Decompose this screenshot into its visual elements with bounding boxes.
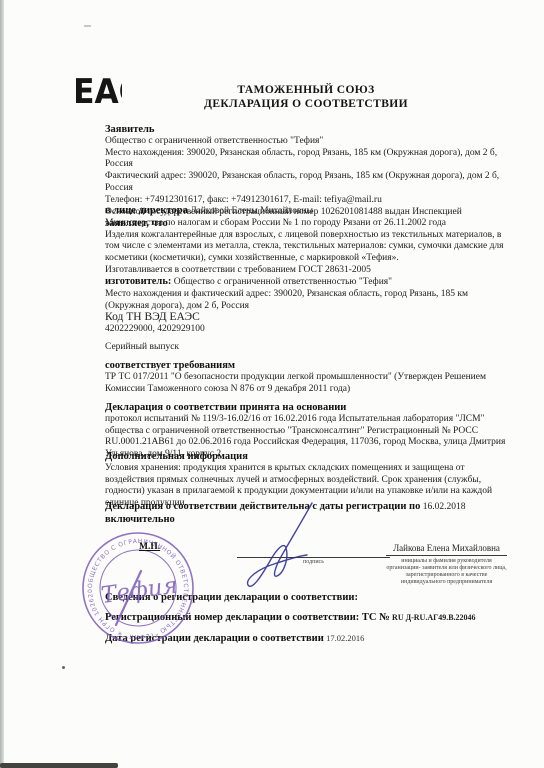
tnved-heading: Код ТН ВЭД ЕАЭС: [105, 312, 507, 324]
issue-type-text: Серийный выпуск: [105, 342, 507, 354]
title-line-2: ДЕКЛАРАЦИЯ О СООТВЕТСТВИИ: [105, 98, 507, 112]
applicant-actual-address: Фактический адрес: 390020, Рязанская обл…: [105, 171, 507, 195]
tnved-codes: 4202229000, 4202929100: [105, 324, 507, 336]
scan-speck: [62, 666, 65, 669]
stamp-center-text: Тефия: [99, 573, 179, 609]
declares-heading: заявляет, что: [105, 218, 507, 230]
scan-left-edge: [0, 0, 4, 768]
manufacturer-label: изготовитель:: [105, 276, 171, 287]
product-description: Изделия кожгалантерейные для взрослых, с…: [105, 230, 507, 265]
manufacturer-address: Место нахождения и фактический адрес: 39…: [105, 289, 507, 313]
section-requirements: соответствует требованиям ТР ТС 017/2011…: [105, 360, 507, 395]
signature: [228, 497, 398, 604]
registration-number-value: RU Д-RU.АГ49.В.22046: [392, 613, 475, 622]
stamp-icon: ОБЩЕСТВО С ОГРАНИЧЕННОЙ ОТВЕТСТВЕННОСТЬЮ…: [79, 529, 197, 647]
gost-line: Изготавливается в соответствии с требова…: [105, 265, 507, 277]
section-tnved: Код ТН ВЭД ЕАЭС 4202229000, 4202929100: [105, 312, 507, 336]
director-label: в лице директора: [105, 205, 188, 216]
basis-heading: Декларация о соответствии принята на осн…: [105, 402, 507, 414]
company-stamp: ОБЩЕСТВО С ОГРАНИЧЕННОЙ ОТВЕТСТВЕННОСТЬЮ…: [79, 529, 197, 652]
signature-icon: [228, 497, 398, 599]
declaration-document: EAC ТАМОЖЕННЫЙ СОЮЗ ДЕКЛАРАЦИЯ О СООТВЕТ…: [0, 0, 544, 768]
section-declares: в лице директора Лайковой Елены Михайлов…: [105, 205, 507, 277]
scan-speck: [84, 25, 91, 27]
stamp-place-label: М.П.: [139, 542, 160, 552]
applicant-name: Общество с ограниченной ответственностью…: [105, 136, 507, 148]
section-manufacturer: изготовитель: Общество с ограниченной от…: [105, 276, 507, 312]
manufacturer-name: Общество с ограниченной ответственностью…: [174, 277, 392, 287]
head-name-caption: инициалы и фамилия руководителя организа…: [386, 558, 507, 586]
document-title: ТАМОЖЕННЫЙ СОЮЗ ДЕКЛАРАЦИЯ О СООТВЕТСТВИ…: [105, 84, 507, 111]
validity-date: 16.02.2018: [423, 502, 466, 512]
requirements-text: ТР ТС 017/2011 "О безопасности продукции…: [105, 372, 507, 396]
scan-bottom-edge: [0, 763, 118, 768]
issue-type: Серийный выпуск: [105, 342, 507, 354]
requirements-heading: соответствует требованиям: [105, 360, 507, 372]
head-name: Лайкова Елена Михайловна: [386, 543, 507, 556]
head-name-block: Лайкова Елена Михайловна инициалы и фами…: [386, 543, 507, 586]
additional-heading: Дополнительная информация: [105, 451, 507, 463]
title-line-1: ТАМОЖЕННЫЙ СОЮЗ: [105, 84, 507, 98]
applicant-heading: Заявитель: [105, 124, 507, 136]
applicant-location: Место нахождения: 390020, Рязанская обла…: [105, 148, 507, 172]
registration-date-value: 17.02.2016: [326, 633, 364, 643]
director-name: Лайковой Елены Михайловны: [190, 206, 313, 216]
